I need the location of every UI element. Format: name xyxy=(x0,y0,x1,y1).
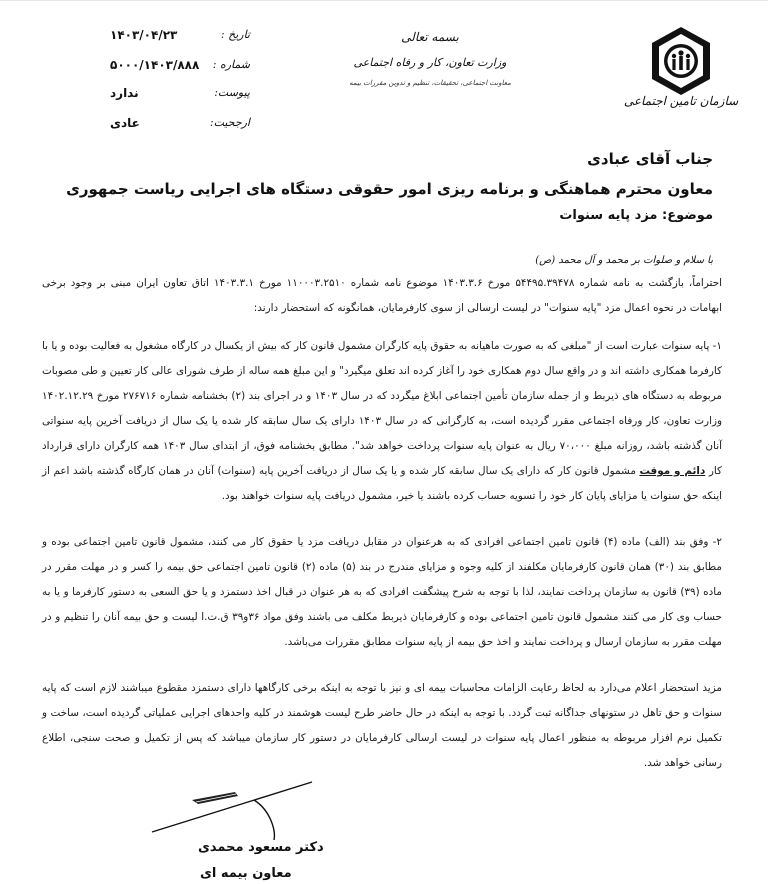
meta-date: تاریخ : ۱۴۰۳/۰۴/۲۳ xyxy=(110,28,250,48)
organization-name: سازمان تامین اجتماعی xyxy=(620,94,742,108)
paragraph-3: مزید استحضار اعلام می‌دارد به لحاظ رعایت… xyxy=(42,676,722,776)
bismillah: بسمه تعالی xyxy=(330,30,530,44)
deputy-line: معاونت اجتماعی، تحقیقات، تنظیم و تدوین م… xyxy=(330,79,530,87)
greeting: با سلام و صلوات بر محمد و آل محمد (ص) xyxy=(535,255,713,266)
letter-page: سازمان تامین اجتماعی بسمه تعالی وزارت تع… xyxy=(0,0,768,884)
signature-scribble-icon xyxy=(150,780,320,840)
ministry-name: وزارت تعاون، کار و رفاه اجتماعی xyxy=(330,56,530,69)
meta-number: شماره : ۵۰۰۰/۱۴۰۳/۸۸۸ xyxy=(110,58,250,78)
date-label: تاریخ : xyxy=(221,28,250,41)
signatory-name: دکتر مسعود محمدی xyxy=(198,840,324,855)
letterhead-center: بسمه تعالی وزارت تعاون، کار و رفاه اجتما… xyxy=(330,30,530,87)
intro-paragraph: احتراماً، بازگشت به نامه شماره ۵۴۴۹۵.۳۹۴… xyxy=(42,271,722,321)
attachment-value: ندارد xyxy=(110,86,139,100)
meta-priority: ارجحیت: عادی xyxy=(110,116,250,136)
number-value: ۵۰۰۰/۱۴۰۳/۸۸۸ xyxy=(110,58,199,72)
date-value: ۱۴۰۳/۰۴/۲۳ xyxy=(110,28,177,42)
paragraph-2: ۲- وفق بند (الف) ماده (۴) قانون تامین اج… xyxy=(42,530,722,655)
number-label: شماره : xyxy=(213,58,250,71)
paragraph-1-text-b: مشمول قانون کار که دارای یک سال سابقه کا… xyxy=(42,465,722,502)
attachment-label: پیوست: xyxy=(214,86,250,99)
signatory-title: معاون بیمه ای xyxy=(200,866,292,881)
meta-attachment: پیوست: ندارد xyxy=(110,86,250,106)
priority-label: ارجحیت: xyxy=(210,116,250,129)
top-border xyxy=(0,0,768,1)
addressee-name: جناب آقای عبادی xyxy=(587,150,713,168)
letter-subject: موضوع: مزد پایه سنوات xyxy=(559,208,713,223)
social-security-emblem-icon xyxy=(648,25,714,97)
paragraph-1-text-a: ۱- پایه سنوات عبارت است از "مبلغی که به … xyxy=(42,340,722,477)
addressee-title: معاون محترم هماهنگی و برنامه ریزی امور ح… xyxy=(66,180,713,198)
priority-value: عادی xyxy=(110,116,140,130)
paragraph-1: ۱- پایه سنوات عبارت است از "مبلغی که به … xyxy=(42,334,722,509)
paragraph-1-underlined: دائم و موقت xyxy=(639,465,705,477)
